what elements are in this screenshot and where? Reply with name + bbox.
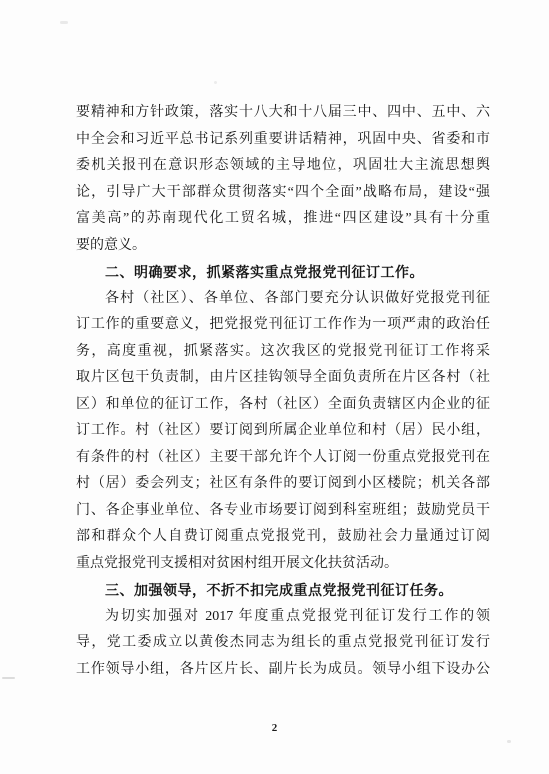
document-page: 要精神和方针政策，落实十八大和十八届三中、四中、五中、六 中全会和习近平总书记系… — [0, 0, 549, 774]
body-line: 工作领导小组，各片区片长、副片长为成员。领导小组下设办公 — [76, 657, 490, 684]
body-line: 导，党工委成立以黄俊杰同志为组长的重点党报党刊征订发行 — [76, 630, 490, 657]
body-line: 要精神和方针政策，落实十八大和十八届三中、四中、五中、六 — [76, 100, 490, 127]
body-line: 中全会和习近平总书记系列重要讲话精神，巩固中央、省委和市 — [76, 127, 490, 154]
scan-artifact — [507, 740, 511, 743]
scan-artifact — [60, 21, 68, 24]
body-line: 门、各企事业单位、各专业市场要订阅到科室班组；鼓励党员干 — [76, 498, 490, 525]
body-line: 有条件的村（社区）主要干部允许个人订阅一份重点党报党刊在 — [76, 445, 490, 472]
body-line: 论，引导广大干部群众贯彻落实“四个全面”战略布局，建设“强 — [76, 180, 490, 207]
body-line: 村（居）委会列支；社区有条件的要订阅到小区楼院；机关各部 — [76, 471, 490, 498]
body-line: 委机关报刊在意识形态领域的主导地位，巩固壮大主流思想舆 — [76, 153, 490, 180]
body-line: 重点党报党刊支援相对贫困村组开展文化扶贫活动。 — [76, 551, 490, 578]
scan-artifact — [214, 81, 217, 84]
body-line: 订工作的重要意义，把党报党刊征订工作作为一项严肃的政治任 — [76, 312, 490, 339]
body-line: 区）和单位的征订工作，各村（社区）全面负责辖区内企业的征 — [76, 392, 490, 419]
scan-artifact — [2, 677, 15, 679]
body-line: 要的意义。 — [76, 233, 490, 260]
body-line: 订工作。村（社区）要订阅到所属企业单位和村（居）民小组， — [76, 418, 490, 445]
body-line: 务，高度重视，抓紧落实。这次我区的党报党刊征订工作将采 — [76, 339, 490, 366]
body-line: 为切实加强对 2017 年度重点党报党刊征订发行工作的领 — [76, 604, 490, 631]
body-line: 取片区包干负责制，由片区挂钩领导全面负责所在片区各村（社 — [76, 365, 490, 392]
section-heading: 三、加强领导，不折不扣完成重点党报党刊征订任务。 — [76, 577, 490, 604]
body-line: 富美高”的苏南现代化工贸名城，推进“四区建设”具有十分重 — [76, 206, 490, 233]
document-body: 要精神和方针政策，落实十八大和十八届三中、四中、五中、六 中全会和习近平总书记系… — [76, 100, 490, 683]
body-line: 部和群众个人自费订阅重点党报党刊，鼓励社会力量通过订阅 — [76, 524, 490, 551]
section-heading: 二、明确要求，抓紧落实重点党报党刊征订工作。 — [76, 259, 490, 286]
page-number: 2 — [0, 722, 549, 734]
body-line: 各村（社区）、各单位、各部门要充分认识做好党报党刊征 — [76, 286, 490, 313]
